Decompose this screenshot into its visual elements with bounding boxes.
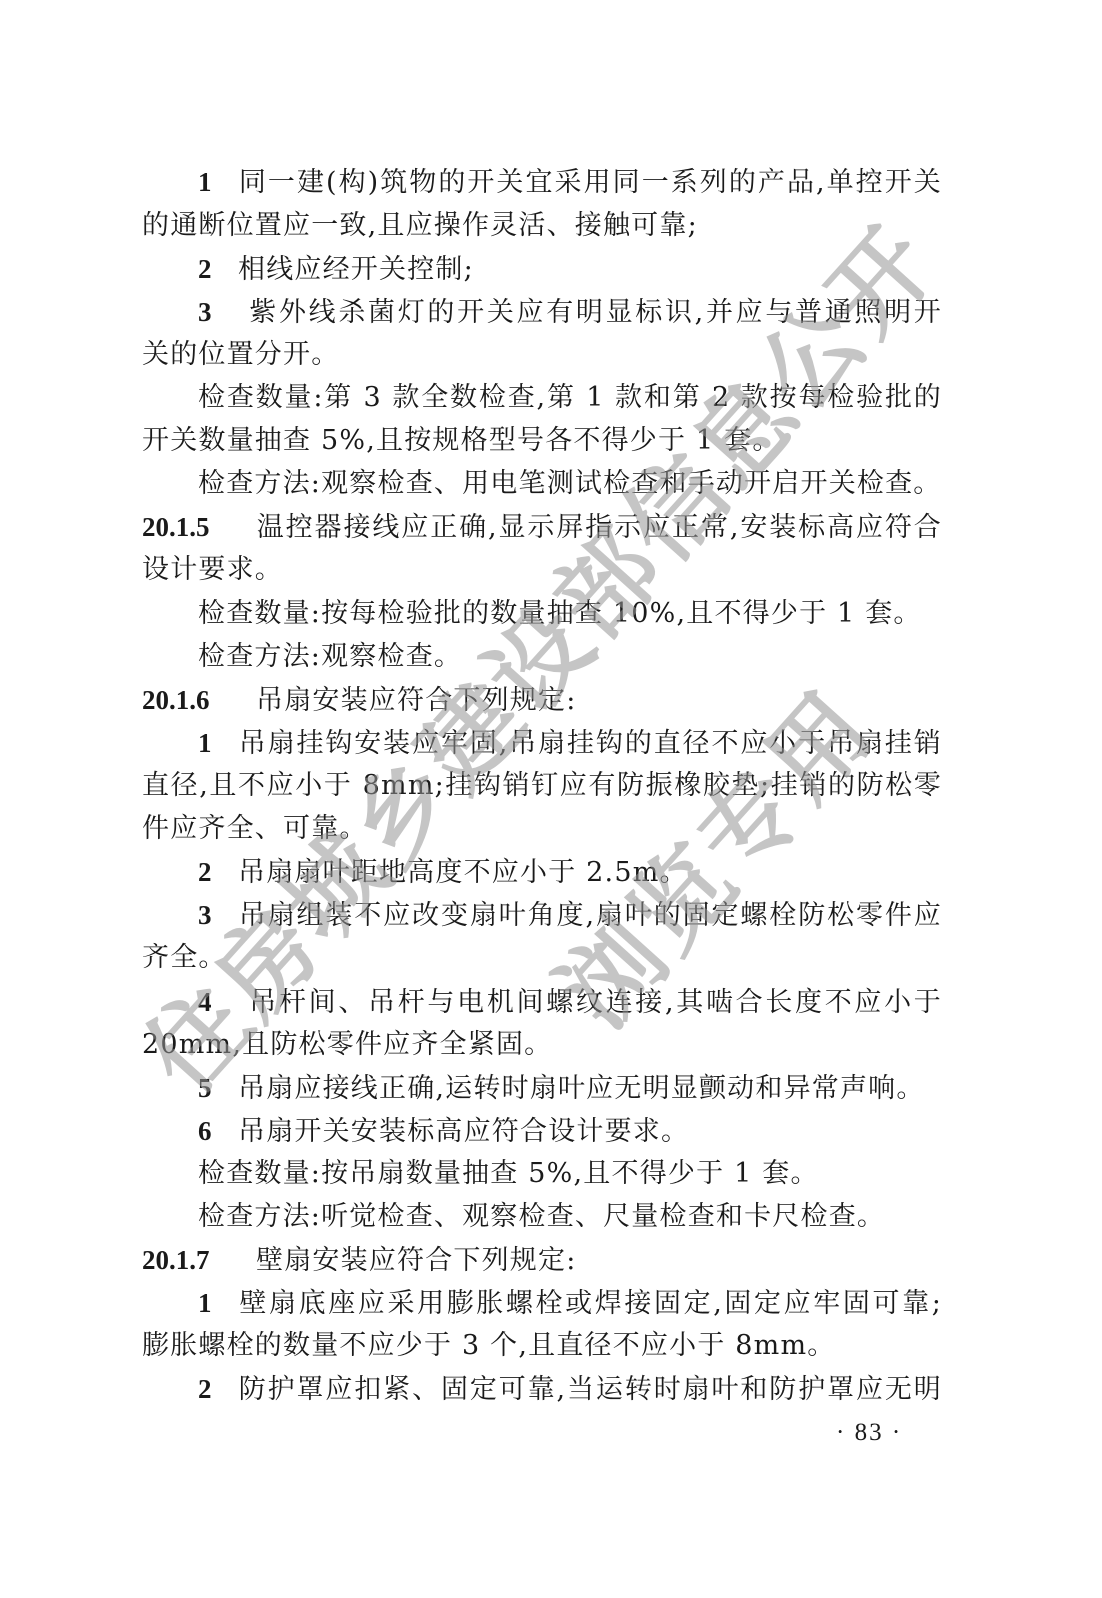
line-text: 检查方法:听觉检查、观察检查、尺量检查和卡尺检查。 xyxy=(198,1201,885,1232)
text-line: 直径,且不应小于 8mm;挂钩销钉应有防振橡胶垫;挂销的防松零 xyxy=(142,766,942,806)
text-line: 检查方法:听觉检查、观察检查、尺量检查和卡尺检查。 xyxy=(198,1197,942,1237)
line-text: 吊扇应接线正确,运转时扇叶应无明显颤动和异常声响。 xyxy=(238,1073,925,1104)
text-line: 设计要求。 xyxy=(142,550,942,590)
line-text: 检查数量:按吊扇数量抽查 5%,且不得少于 1 套。 xyxy=(198,1158,819,1189)
item-number: 1 xyxy=(198,162,238,202)
item-number: 1 xyxy=(198,723,238,763)
item-number: 2 xyxy=(198,249,238,289)
line-text: 检查数量:第 3 款全数检查,第 1 款和第 2 款按每检验批的 xyxy=(198,382,942,413)
numbered-item-line: 2吊扇扇叶距地高度不应小于 2.5m。 xyxy=(198,852,942,892)
line-text: 同一建(构)筑物的开关宜采用同一系列的产品,单控开关 xyxy=(238,167,942,198)
text-line: 检查方法:观察检查。 xyxy=(198,637,942,677)
line-text: 关的位置分开。 xyxy=(142,339,339,370)
item-number: 5 xyxy=(198,1068,238,1108)
line-text: 检查方法:观察检查、用电笔测试检查和手动开启开关检查。 xyxy=(198,468,942,499)
line-text: 吊扇开关安装标高应符合设计要求。 xyxy=(238,1116,689,1147)
line-text: 吊扇扇叶距地高度不应小于 2.5m。 xyxy=(238,857,688,888)
line-text: 吊扇安装应符合下列规定: xyxy=(256,685,577,716)
clause-heading-line: 20.1.5温控器接线应正确,显示屏指示应正常,安装标高应符合 xyxy=(142,507,942,547)
text-line: 关的位置分开。 xyxy=(142,335,942,375)
line-text: 温控器接线应正确,显示屏指示应正常,安装标高应符合 xyxy=(256,512,942,543)
item-number: 2 xyxy=(198,1369,238,1409)
line-text: 20mm,且防松零件应齐全紧固。 xyxy=(142,1029,552,1060)
line-text: 吊扇组装不应改变扇叶角度,扇叶的固定螺栓防松零件应 xyxy=(238,900,942,931)
numbered-item-line: 1壁扇底座应采用膨胀螺栓或焊接固定,固定应牢固可靠; xyxy=(198,1283,942,1323)
text-line: 检查数量:按每检验批的数量抽查 10%,且不得少于 1 套。 xyxy=(198,594,942,634)
line-text: 壁扇安装应符合下列规定: xyxy=(256,1245,577,1276)
clause-number: 20.1.6 xyxy=(142,680,256,720)
line-text: 膨胀螺栓的数量不应少于 3 个,且直径不应小于 8mm。 xyxy=(142,1330,836,1361)
line-text: 齐全。 xyxy=(142,942,227,973)
text-line: 膨胀螺栓的数量不应少于 3 个,且直径不应小于 8mm。 xyxy=(142,1326,942,1366)
line-text: 开关数量抽查 5%,且按规格型号各不得少于 1 套。 xyxy=(142,425,781,456)
item-number: 1 xyxy=(198,1283,238,1323)
line-text: 相线应经开关控制; xyxy=(238,254,474,285)
numbered-item-line: 3吊扇组装不应改变扇叶角度,扇叶的固定螺栓防松零件应 xyxy=(198,895,942,935)
text-line: 检查方法:观察检查、用电笔测试检查和手动开启开关检查。 xyxy=(198,464,942,504)
line-text: 紫外线杀菌灯的开关应有明显标识,并应与普通照明开 xyxy=(238,297,942,328)
numbered-item-line: 6吊扇开关安装标高应符合设计要求。 xyxy=(198,1111,942,1151)
text-line: 齐全。 xyxy=(142,938,942,978)
numbered-item-line: 3 紫外线杀菌灯的开关应有明显标识,并应与普通照明开 xyxy=(198,292,942,332)
item-number: 3 xyxy=(198,292,238,332)
line-text: 壁扇底座应采用膨胀螺栓或焊接固定,固定应牢固可靠; xyxy=(238,1288,942,1319)
line-text: 检查方法:观察检查。 xyxy=(198,641,462,672)
line-text: 件应齐全、可靠。 xyxy=(142,813,368,844)
numbered-item-line: 4 吊杆间、吊杆与电机间螺纹连接,其啮合长度不应小于 xyxy=(198,982,942,1022)
numbered-item-line: 1同一建(构)筑物的开关宜采用同一系列的产品,单控开关 xyxy=(198,162,942,202)
text-line: 开关数量抽查 5%,且按规格型号各不得少于 1 套。 xyxy=(142,421,942,461)
item-number: 4 xyxy=(198,982,238,1022)
clause-heading-line: 20.1.6吊扇安装应符合下列规定: xyxy=(142,680,942,720)
line-text: 防护罩应扣紧、固定可靠,当运转时扇叶和防护罩应无明 xyxy=(238,1374,942,1405)
item-number: 3 xyxy=(198,895,238,935)
text-line: 检查数量:第 3 款全数检查,第 1 款和第 2 款按每检验批的 xyxy=(198,378,942,418)
numbered-item-line: 2防护罩应扣紧、固定可靠,当运转时扇叶和防护罩应无明 xyxy=(198,1369,942,1409)
clause-number: 20.1.7 xyxy=(142,1240,256,1280)
clause-heading-line: 20.1.7壁扇安装应符合下列规定: xyxy=(142,1240,942,1280)
text-line: 20mm,且防松零件应齐全紧固。 xyxy=(142,1025,942,1065)
line-text: 的通断位置应一致,且应操作灵活、接触可靠; xyxy=(142,210,698,241)
line-text: 直径,且不应小于 8mm;挂钩销钉应有防振橡胶垫;挂销的防松零 xyxy=(142,770,942,801)
item-number: 2 xyxy=(198,852,238,892)
numbered-item-line: 1吊扇挂钩安装应牢固,吊扇挂钩的直径不应小于吊扇挂销 xyxy=(198,723,942,763)
text-line: 的通断位置应一致,且应操作灵活、接触可靠; xyxy=(142,206,942,246)
line-text: 吊杆间、吊杆与电机间螺纹连接,其啮合长度不应小于 xyxy=(238,987,942,1018)
numbered-item-line: 2相线应经开关控制; xyxy=(198,249,942,289)
text-line: 件应齐全、可靠。 xyxy=(142,809,942,849)
line-text: 检查数量:按每检验批的数量抽查 10%,且不得少于 1 套。 xyxy=(198,598,922,629)
line-text: 吊扇挂钩安装应牢固,吊扇挂钩的直径不应小于吊扇挂销 xyxy=(238,728,942,759)
document-page: 1同一建(构)筑物的开关宜采用同一系列的产品,单控开关的通断位置应一致,且应操作… xyxy=(0,0,1102,1598)
page-number: · 83 · xyxy=(836,1418,902,1448)
text-line: 检查数量:按吊扇数量抽查 5%,且不得少于 1 套。 xyxy=(198,1154,942,1194)
item-number: 6 xyxy=(198,1111,238,1151)
clause-number: 20.1.5 xyxy=(142,507,256,547)
numbered-item-line: 5吊扇应接线正确,运转时扇叶应无明显颤动和异常声响。 xyxy=(198,1068,942,1108)
line-text: 设计要求。 xyxy=(142,554,283,585)
